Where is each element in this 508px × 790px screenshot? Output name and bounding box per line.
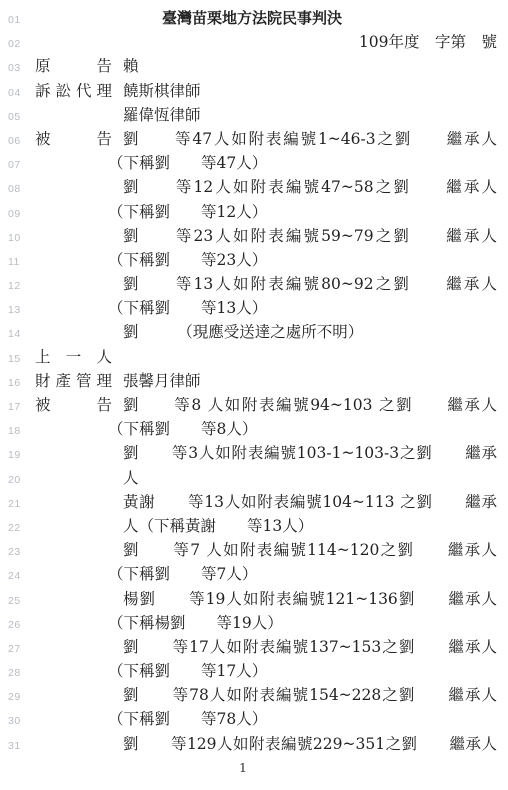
line-number: 08 (8, 177, 35, 199)
line-18: 18（下稱劉 等8人） (0, 417, 508, 441)
line-text: 臺灣苗栗地方法院民事判決 (21, 6, 483, 30)
line-number: 21 (8, 492, 35, 514)
line-number: 19 (8, 443, 35, 465)
line-text: 劉 等78人如附表編號154~228之劉 繼承人 (123, 683, 497, 707)
line-text: 劉 等17人如附表編號137~153之劉 繼承人 (123, 635, 497, 659)
line-number: 17 (8, 395, 35, 417)
line-text: 黃謝 等13人如附表編號104~113 之劉 繼承 (123, 490, 497, 514)
line-29: 29劉 等78人如附表編號154~228之劉 繼承人 (0, 683, 508, 707)
line-04: 04訴訟代理人饒斯棋律師 (0, 79, 508, 103)
line-text: 劉 等7 人如附表編號114~120之劉 繼承人 (123, 538, 497, 562)
party-role-label: 訴訟代理人 (35, 79, 112, 103)
line-text: （下稱劉 等8人） (108, 417, 497, 441)
line-number: 09 (8, 202, 35, 224)
line-text: 劉 等3人如附表編號103-1~103-3之劉 繼承 (123, 441, 497, 465)
document-lines: 01臺灣苗栗地方法院民事判決02109年度 字第 號03原告賴04訴訟代理人饒斯… (0, 6, 508, 756)
line-text: （下稱劉 等23人） (108, 248, 497, 272)
line-17: 17被告劉 等8 人如附表編號94~103 之劉 繼承人 (0, 393, 508, 417)
line-text: （下稱劉 等13人） (108, 296, 497, 320)
line-27: 27劉 等17人如附表編號137~153之劉 繼承人 (0, 635, 508, 659)
party-role-label: 被告 (35, 393, 112, 417)
line-07: 07（下稱劉 等47人） (0, 151, 508, 175)
line-22: 22人（下稱黃謝 等13人） (0, 514, 508, 538)
line-number: 24 (8, 564, 35, 586)
line-number: 12 (8, 274, 35, 296)
party-role-label: 被告 (35, 127, 112, 151)
line-30: 30（下稱劉 等78人） (0, 707, 508, 731)
line-text: （下稱劉 等78人） (108, 707, 497, 731)
line-28: 28（下稱劉 等17人） (0, 659, 508, 683)
line-number: 05 (8, 105, 35, 127)
line-text: 劉 等129人如附表編號229~351之劉 繼承人 (123, 732, 497, 756)
line-text: 109年度 字第 號 (35, 30, 497, 54)
line-number: 06 (8, 129, 35, 151)
line-number: 26 (8, 613, 35, 635)
line-text: （下稱劉 等12人） (108, 200, 497, 224)
line-20: 20人 (0, 466, 508, 490)
line-number: 16 (8, 371, 35, 393)
party-role-label: 上一人 (35, 345, 112, 369)
line-31: 31劉 等129人如附表編號229~351之劉 繼承人 (0, 732, 508, 756)
line-number: 31 (8, 734, 35, 756)
line-number: 28 (8, 661, 35, 683)
line-10: 10劉 等23人如附表編號59~79之劉 繼承人 (0, 224, 508, 248)
line-text: 張馨月律師 (123, 369, 497, 393)
line-13: 13（下稱劉 等13人） (0, 296, 508, 320)
line-number: 03 (8, 56, 35, 78)
line-text: 劉 等8 人如附表編號94~103 之劉 繼承人 (123, 393, 497, 417)
line-number: 30 (8, 709, 35, 731)
line-text: 人（下稱黃謝 等13人） (123, 514, 497, 538)
line-text: 劉 等12人如附表編號47~58之劉 繼承人 (123, 175, 497, 199)
line-text: （下稱劉 等7人） (108, 562, 497, 586)
line-text: 人 (123, 466, 497, 490)
line-text: 楊劉 等19人如附表編號121~136劉 繼承人 (123, 587, 497, 611)
line-16: 16財產管理人張馨月律師 (0, 369, 508, 393)
line-21: 21黃謝 等13人如附表編號104~113 之劉 繼承 (0, 490, 508, 514)
line-19: 19劉 等3人如附表編號103-1~103-3之劉 繼承 (0, 441, 508, 465)
line-text: 羅偉恆律師 (123, 103, 497, 127)
line-number: 14 (8, 322, 35, 344)
line-number: 22 (8, 516, 35, 538)
line-number: 10 (8, 226, 35, 248)
judgment-document-page: 01臺灣苗栗地方法院民事判決02109年度 字第 號03原告賴04訴訟代理人饒斯… (0, 0, 508, 790)
line-number: 18 (8, 419, 35, 441)
line-text: （下稱劉 等47人） (108, 151, 497, 175)
line-number: 27 (8, 637, 35, 659)
line-number: 11 (8, 250, 35, 272)
line-number: 20 (8, 468, 35, 490)
line-text: 饒斯棋律師 (123, 79, 497, 103)
line-number: 04 (8, 81, 35, 103)
line-text: （下稱劉 等17人） (108, 659, 497, 683)
line-number: 13 (8, 298, 35, 320)
line-26: 26（下稱楊劉 等19人） (0, 611, 508, 635)
line-number: 07 (8, 153, 35, 175)
line-25: 25楊劉 等19人如附表編號121~136劉 繼承人 (0, 587, 508, 611)
line-number: 23 (8, 540, 35, 562)
line-number: 15 (8, 347, 35, 369)
line-text: 劉 （現應受送達之處所不明） (123, 320, 497, 344)
line-text: 劉 等13人如附表編號80~92之劉 繼承人 (123, 272, 497, 296)
line-08: 08劉 等12人如附表編號47~58之劉 繼承人 (0, 175, 508, 199)
line-06: 06被告劉 等47人如附表編號1~46-3之劉 繼承人 (0, 127, 508, 151)
page-number: 1 (0, 760, 497, 775)
line-09: 09（下稱劉 等12人） (0, 200, 508, 224)
line-01: 01臺灣苗栗地方法院民事判決 (0, 6, 508, 30)
line-23: 23劉 等7 人如附表編號114~120之劉 繼承人 (0, 538, 508, 562)
line-03: 03原告賴 (0, 54, 508, 78)
line-text: 賴 (123, 54, 497, 78)
line-number: 25 (8, 589, 35, 611)
line-11: 11（下稱劉 等23人） (0, 248, 508, 272)
line-02: 02109年度 字第 號 (0, 30, 508, 54)
line-text: （下稱楊劉 等19人） (108, 611, 497, 635)
party-role-label: 原告 (35, 54, 112, 78)
line-number: 02 (8, 32, 35, 54)
line-15: 15上一人 (0, 345, 508, 369)
line-14: 14劉 （現應受送達之處所不明） (0, 320, 508, 344)
line-number: 29 (8, 685, 35, 707)
line-24: 24（下稱劉 等7人） (0, 562, 508, 586)
line-text: 劉 等47人如附表編號1~46-3之劉 繼承人 (123, 127, 497, 151)
line-12: 12劉 等13人如附表編號80~92之劉 繼承人 (0, 272, 508, 296)
line-05: 05羅偉恆律師 (0, 103, 508, 127)
line-text: 劉 等23人如附表編號59~79之劉 繼承人 (123, 224, 497, 248)
party-role-label: 財產管理人 (35, 369, 112, 393)
